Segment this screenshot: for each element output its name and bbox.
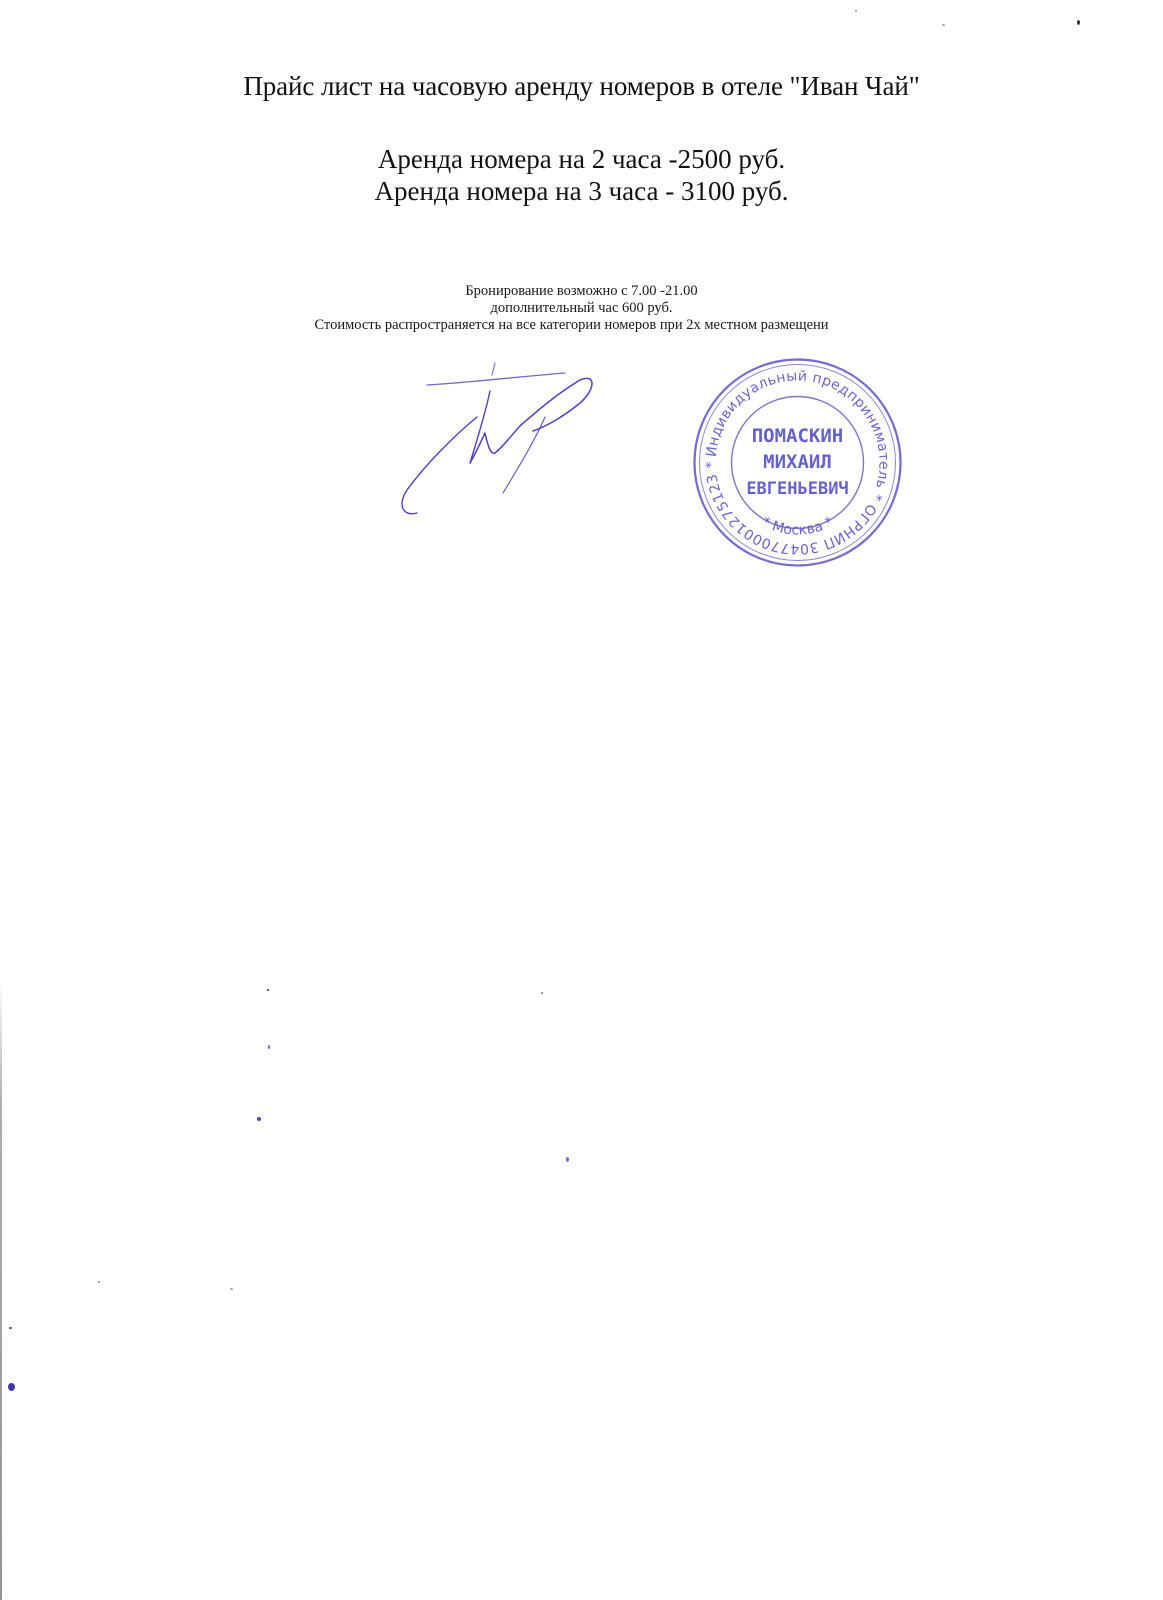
company-seal: Индивидуальный предприниматель * ОГРНИП …: [685, 350, 910, 575]
price-list: Аренда номера на 2 часа -2500 руб. Аренд…: [0, 143, 1163, 207]
booking-notes: Бронирование возможно с 7.00 -21.00 допо…: [0, 283, 1163, 334]
ink-speck: [257, 1117, 261, 1121]
ink-speck: [268, 1045, 270, 1049]
note-booking-hours: Бронирование возможно с 7.00 -21.00: [0, 283, 1163, 300]
seal-city: * Москва *: [759, 514, 836, 539]
scan-edge-shadow: [0, 980, 2, 1600]
seal-patronymic: ЕВГЕНЬЕВИЧ: [746, 479, 848, 499]
ink-speck: [98, 1281, 100, 1283]
ink-speck: [267, 989, 269, 991]
ink-speck: [1077, 20, 1080, 25]
ink-speck: [942, 24, 945, 26]
seal-first-name: МИХАИЛ: [763, 451, 832, 473]
price-line-2-hours: Аренда номера на 2 часа -2500 руб.: [0, 143, 1163, 175]
price-line-3-hours: Аренда номера на 3 часа - 3100 руб.: [0, 175, 1163, 207]
note-room-categories: Стоимость распространяется на все катего…: [0, 317, 1163, 334]
ink-speck: [9, 1327, 12, 1329]
ink-speck: [230, 1288, 233, 1290]
seal-surname: ПОМАСКИН: [752, 425, 844, 447]
document-page: Прайс лист на часовую аренду номеров в о…: [0, 0, 1163, 1600]
signature: [385, 355, 605, 525]
document-title: Прайс лист на часовую аренду номеров в о…: [0, 70, 1163, 102]
note-extra-hour: дополнительный час 600 руб.: [0, 300, 1163, 317]
ink-speck: [541, 992, 543, 994]
ink-speck: [8, 1383, 15, 1391]
svg-text:* Москва *: * Москва *: [759, 514, 836, 539]
ink-speck: [855, 10, 857, 12]
ink-speck: [566, 1157, 569, 1162]
